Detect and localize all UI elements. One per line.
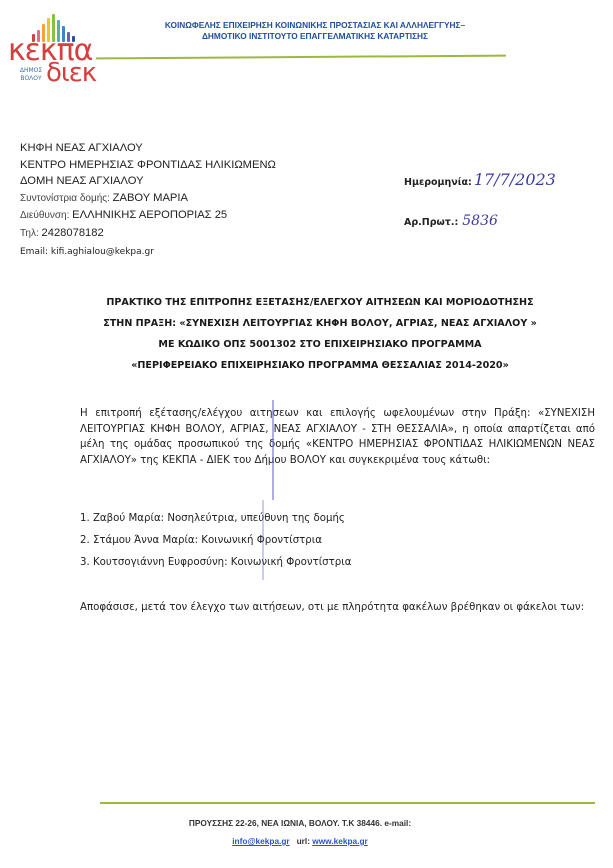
date-field: Ημερομηνία:17/7/2023	[404, 170, 556, 189]
kekpa-diek-logo: κεκπα ΔΗΜΟΣ ΒΟΛΟΥ διεκ	[6, 14, 106, 86]
decision-paragraph: Αποφάσισε, μετά τον έλεγχο των αιτήσεων,…	[80, 600, 595, 616]
footer-url-link[interactable]: www.kekpa.gr	[312, 836, 368, 846]
sender-facility: ΚΗΦΗ ΝΕΑΣ ΑΓΧΙΑΛΟΥ	[20, 140, 276, 157]
scan-artifact-line	[262, 500, 264, 580]
sender-structure: ΔΟΜΗ ΝΕΑΣ ΑΓΧΙΑΛΟΥ	[20, 173, 276, 190]
sender-center: ΚΕΝΤΡΟ ΗΜΕΡΗΣΙΑΣ ΦΡΟΝΤΙΔΑΣ ΗΛΙΚΙΩΜΕΝΩ	[20, 157, 276, 174]
sender-coordinator: Συντονίστρια δομής: ΖΑΒΟΥ ΜΑΡΙΑ	[20, 190, 276, 208]
list-item: 1. Ζαβού Μαρία: Νοσηλεύτρια, υπεύθυνη τη…	[80, 508, 351, 530]
header-divider	[96, 55, 506, 60]
document-title: ΠΡΑΚΤΙΚΟ ΤΗΣ ΕΠΙΤΡΟΠΗΣ ΕΞΕΤΑΣΗΣ/ΕΛΕΓΧΟΥ …	[40, 292, 600, 376]
footer-contact: ΠΡΟΥΣΣΗΣ 22-26, ΝΕΑ ΙΩΝΙΑ, ΒΟΛΟΥ. Τ.Κ 38…	[100, 814, 500, 850]
sender-address: Διεύθυνση: ΕΛΛΗΝΙΚΗΣ ΑΕΡΟΠΟΡΙΑΣ 25	[20, 207, 276, 225]
list-item: 2. Στάμου Άννα Μαρία: Κοινωνική Φροντίστ…	[80, 530, 351, 552]
date-label: Ημερομηνία:	[404, 177, 472, 188]
logo-municipality-text: ΔΗΜΟΣ ΒΟΛΟΥ	[16, 67, 46, 83]
sender-block: ΚΗΦΗ ΝΕΑΣ ΑΓΧΙΑΛΟΥ ΚΕΝΤΡΟ ΗΜΕΡΗΣΙΑΣ ΦΡΟΝ…	[20, 140, 276, 261]
date-value: 17/7/2023	[474, 170, 556, 189]
footer-email-link[interactable]: info@kekpa.gr	[232, 836, 289, 846]
protocol-number-field: Αρ.Πρωτ.:5836	[404, 213, 498, 229]
members-list: 1. Ζαβού Μαρία: Νοσηλεύτρια, υπεύθυνη τη…	[80, 508, 351, 574]
org-header-line2: ΔΗΜΟΤΙΚΟ ΙΝΣΤΙΤΟΥΤΟ ΕΠΑΓΓΕΛΜΑΤΙΚΗΣ ΚΑΤΑΡ…	[130, 31, 500, 42]
org-header-line1: ΚΟΙΝΩΦΕΛΗΣ ΕΠΙΧΕΙΡΗΣΗ ΚΟΙΝΩΝΙΚΗΣ ΠΡΟΣΤΑΣ…	[130, 20, 500, 31]
list-item: 3. Κουτσογιάννη Ευφροσύνη: Κοινωνική Φρο…	[80, 552, 351, 574]
organization-header: ΚΟΙΝΩΦΕΛΗΣ ΕΠΙΧΕΙΡΗΣΗ ΚΟΙΝΩΝΙΚΗΣ ΠΡΟΣΤΑΣ…	[130, 20, 500, 42]
footer-divider	[100, 802, 595, 804]
logo-word-diek: διεκ	[46, 60, 96, 86]
footer-address: ΠΡΟΥΣΣΗΣ 22-26, ΝΕΑ ΙΩΝΙΑ, ΒΟΛΟΥ. Τ.Κ 38…	[100, 814, 500, 832]
scan-artifact-line	[272, 400, 274, 500]
sender-phone: Τηλ: 2428078182	[20, 225, 276, 243]
protocol-value: 5836	[462, 213, 498, 229]
protocol-label: Αρ.Πρωτ.:	[404, 217, 458, 228]
committee-paragraph: Η επιτροπή εξέτασης/ελέγχου αιτησεων και…	[80, 406, 595, 468]
sender-email: Email: kifi.aghialou@kekpa.gr	[20, 243, 276, 261]
footer-links: info@kekpa.gr url: www.kekpa.gr	[100, 832, 500, 850]
